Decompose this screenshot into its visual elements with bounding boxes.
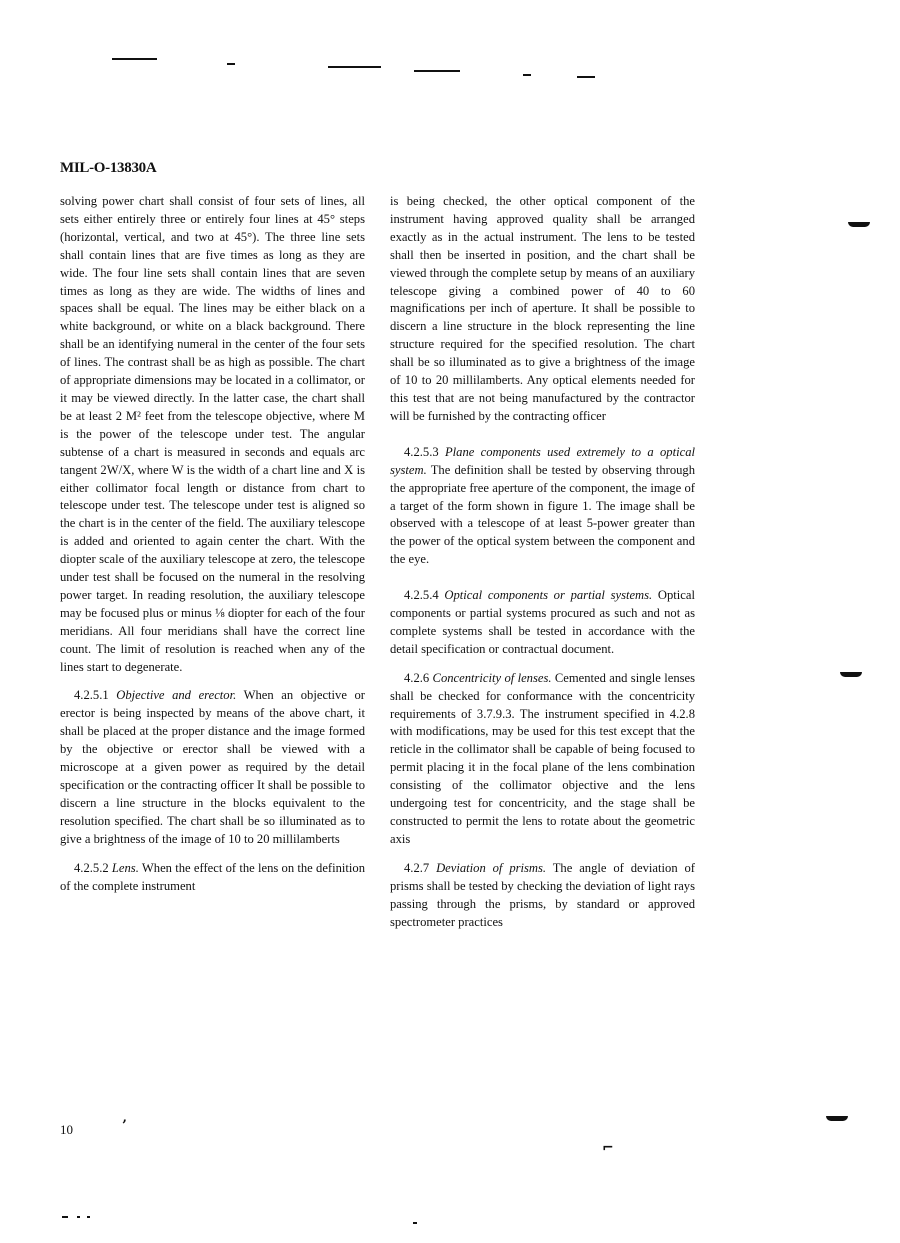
paragraph-resolving-power-chart: solving power chart shall consist of fou… [60,193,365,676]
section-body: The definition shall be tested by observ… [390,463,695,567]
section-number: 4.2.5.3 [404,445,439,459]
section-4-2-5-2: 4.2.5.2 Lens. When the effect of the len… [60,860,365,896]
right-column: is being checked, the other optical comp… [390,193,695,942]
scan-artifact [87,1216,90,1218]
section-4-2-5-1: 4.2.5.1 Objective and erector. When an o… [60,687,365,848]
section-number: 4.2.5.1 [74,688,109,702]
scan-artifact [413,1222,417,1224]
margin-mark [840,672,862,677]
section-title: Lens. [112,861,139,875]
scan-artifact-mark: ’ [122,1118,127,1134]
scan-artifact [112,58,157,60]
margin-mark [826,1116,848,1121]
left-column: solving power chart shall consist of fou… [60,193,365,906]
section-number: 4.2.5.4 [404,588,439,602]
margin-mark [848,222,870,227]
scan-artifact [77,1216,80,1218]
section-title: Objective and erector. [116,688,236,702]
scan-artifact [227,63,235,65]
section-title: Concentricity of lenses. [433,671,552,685]
paragraph-lens-continued: is being checked, the other optical comp… [390,193,695,426]
section-4-2-5-4: 4.2.5.4 Optical components or partial sy… [390,587,695,659]
scan-artifact [62,1216,68,1218]
section-title: Optical components or partial systems. [444,588,652,602]
section-body: Cemented and single lenses shall be chec… [390,671,695,846]
scan-artifact [328,66,381,68]
section-title: Deviation of prisms. [436,861,546,875]
scan-artifact [577,76,595,78]
scan-artifact [523,74,531,76]
section-number: 4.2.7 [404,861,429,875]
scan-artifact-mark: ⌐ [602,1140,614,1156]
section-4-2-5-3: 4.2.5.3 Plane components used extremely … [390,444,695,569]
page-number: 10 [60,1122,73,1138]
section-4-2-6: 4.2.6 Concentricity of lenses. Cemented … [390,670,695,849]
section-number: 4.2.6 [404,671,429,685]
scan-artifact [414,70,460,72]
document-id: MIL-O-13830A [60,160,156,177]
section-body: When an objective or erector is being in… [60,688,365,845]
section-number: 4.2.5.2 [74,861,109,875]
section-4-2-7: 4.2.7 Deviation of prisms. The angle of … [390,860,695,932]
